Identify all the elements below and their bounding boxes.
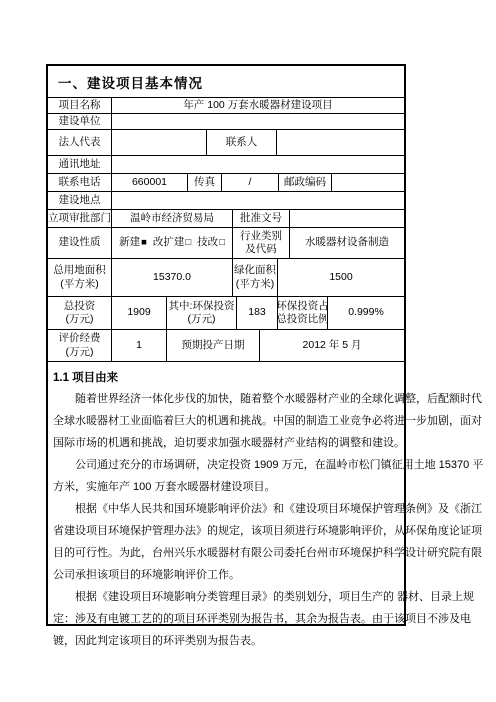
nature-option-techreform: 技改□ (197, 236, 225, 249)
env-invest-ratio-label: 环保投资占 总投资比例 (278, 297, 328, 329)
total-investment-label: 总投资 (万元) (48, 297, 112, 329)
nature-option-new-text: 新建 (119, 236, 140, 249)
row-project-name: 项目名称 年产 100 万套水暖器材建设项目 (48, 98, 404, 114)
fax-value: / (222, 174, 279, 191)
postcode-value (332, 174, 404, 191)
row-construction-unit: 建设单位 (48, 114, 404, 130)
section-title: 一、建设项目基本情况 (48, 66, 404, 98)
approval-doc-no-value (290, 210, 404, 227)
construction-nature-options: 新建■ 改扩建□ 技改□ (112, 228, 233, 258)
address-value (112, 156, 404, 173)
paragraph-project-origin-1: 随着世界经济一体化步伐的加快，随着整个水暖器材产业的全球化调整，后配额时代全球水… (53, 388, 491, 454)
total-investment-value: 1909 (112, 297, 167, 329)
env-investment-label: 其中:环保投资 (万元) (167, 297, 237, 329)
row-approval-dept: 立项审批部门 温岭市经济贸易局 批准文号 (48, 210, 404, 228)
fax-label: 传真 (188, 174, 222, 191)
evaluation-fee-value: 1 (112, 330, 167, 361)
row-address: 通讯地址 (48, 156, 404, 174)
project-name-label: 项目名称 (48, 98, 112, 113)
approval-dept-label: 立项审批部门 (48, 210, 112, 227)
construction-nature-label: 建设性质 (48, 228, 112, 258)
row-evaluation-fee: 评价经费 (万元) 1 预期投产日期 2012 年 5 月 (48, 330, 404, 362)
project-basic-info-table: 一、建设项目基本情况 项目名称 年产 100 万套水暖器材建设项目 建设单位 法… (46, 64, 406, 626)
total-land-area-value: 15370.0 (112, 259, 233, 296)
location-value (112, 192, 404, 209)
checkbox-checked-icon: ■ (141, 237, 147, 249)
contact-person-label: 联系人 (207, 130, 277, 155)
industry-category-label: 行业类别 及代码 (233, 228, 290, 258)
production-date-label: 预期投产日期 (167, 330, 260, 361)
row-construction-nature: 建设性质 新建■ 改扩建□ 技改□ 行业类别 及代码 水暖器材设备制造 (48, 228, 404, 259)
construction-unit-value (112, 114, 404, 129)
row-phone: 联系电话 660001 传真 / 邮政编码 (48, 174, 404, 192)
green-area-value: 1500 (278, 259, 404, 296)
row-investment: 总投资 (万元) 1909 其中:环保投资 (万元) 183 环保投资占 总投资… (48, 297, 404, 330)
row-land-area: 总用地面积 (平方米) 15370.0 绿化面积 (平方米) 1500 (48, 259, 404, 297)
row-legal-rep: 法人代表 联系人 (48, 130, 404, 156)
evaluation-fee-label: 评价经费 (万元) (48, 330, 112, 361)
phone-value: 660001 (112, 174, 188, 191)
production-date-value: 2012 年 5 月 (260, 330, 404, 361)
project-origin-heading: 1.1 项目由来 (53, 368, 404, 388)
industry-category-value: 水暖器材设备制造 (290, 228, 404, 258)
total-land-area-label: 总用地面积 (平方米) (48, 259, 112, 296)
document-page: 一、建设项目基本情况 项目名称 年产 100 万套水暖器材建设项目 建设单位 法… (0, 0, 496, 702)
env-investment-value: 183 (237, 297, 278, 329)
approval-doc-no-label: 批准文号 (233, 210, 290, 227)
approval-dept-value: 温岭市经济贸易局 (112, 210, 233, 227)
project-name-value: 年产 100 万套水暖器材建设项目 (112, 98, 404, 113)
nature-option-expand-text: 改扩建 (153, 236, 185, 249)
construction-unit-label: 建设单位 (48, 114, 112, 129)
nature-option-techreform-text: 技改 (197, 236, 218, 249)
paragraph-project-origin-3: 根据《中华人民共和国环境影响评价法》和《建设项目环境保护管理条例》及《浙江省建设… (53, 498, 491, 586)
green-area-label: 绿化面积 (平方米) (233, 259, 278, 296)
contact-person-value (277, 130, 404, 155)
row-location: 建设地点 (48, 192, 404, 210)
location-label: 建设地点 (48, 192, 112, 209)
nature-option-new: 新建■ (119, 236, 147, 249)
paragraph-project-origin-2: 公司通过充分的市场调研，决定投资 1909 万元，在温岭市松门镇征用土地 153… (53, 454, 491, 498)
phone-label: 联系电话 (48, 174, 112, 191)
postcode-label: 邮政编码 (279, 174, 332, 191)
legal-rep-value (112, 130, 207, 155)
project-origin-section: 1.1 项目由来 随着世界经济一体化步伐的加快，随着整个水暖器材产业的全球化调整… (48, 362, 404, 624)
env-invest-ratio-value: 0.999% (328, 297, 404, 329)
nature-option-expand: 改扩建□ (153, 236, 191, 249)
address-label: 通讯地址 (48, 156, 112, 173)
legal-rep-label: 法人代表 (48, 130, 112, 155)
checkbox-unchecked-icon: □ (185, 237, 191, 249)
checkbox-unchecked-icon: □ (219, 237, 225, 249)
paragraph-project-origin-4: 根据《建设项目环境影响分类管理目录》的类别划分，项目生产的 器材、目录上规定：涉… (53, 586, 491, 652)
